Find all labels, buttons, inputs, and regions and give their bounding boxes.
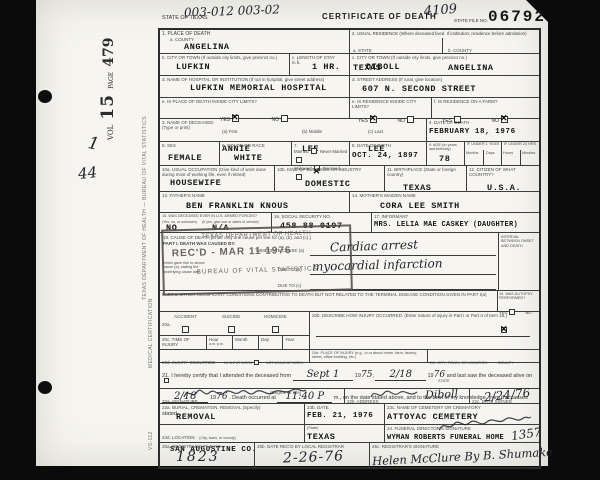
- industry-label: 10b. KIND OF BUSINESS OR INDUSTRY: [277, 167, 382, 172]
- address-script: [369, 385, 421, 403]
- autopsy-cell: 19. WAS AUTOPSY PERFORMED? YES NO: [498, 291, 539, 312]
- burial-date-value: FEB. 21, 1976: [307, 412, 382, 420]
- informant-cell: 17. INFORMANT MRS. LELIA MAE CASKEY (DAU…: [372, 213, 539, 233]
- vol-label: VOL: [107, 125, 115, 140]
- under-one-year-label: IF UNDER 1 YEAR: [465, 142, 501, 146]
- burial-type-cell: 23a. BURIAL, CREMATION, REMOVAL (Specify…: [160, 404, 305, 425]
- under-24-hours-label: IF UNDER 24 HRS.: [502, 142, 539, 146]
- citizen-cell: 12. CITIZEN OF WHAT COUNTRY? U.S.A.: [467, 166, 539, 192]
- father-name-label: 13. FATHER'S NAME: [162, 193, 347, 198]
- last-name-label: (c) Last: [368, 129, 383, 134]
- cemetery-label: 23c. NAME OF CEMETERY OR CREMATORY: [387, 405, 537, 410]
- checkbox-married: [311, 148, 317, 154]
- day-label: Day: [261, 337, 269, 342]
- side-text-form-code: VS-112: [148, 410, 154, 450]
- certificate-form: 1. PLACE OF DEATH a. COUNTY ANGELINA 2. …: [158, 28, 541, 469]
- date-of-death-label: 4. DATE OF DEATH: [429, 120, 537, 125]
- middle-name-label: (b) Middle: [302, 129, 322, 134]
- residence-city-limits-label: e. IS RESIDENCE INSIDE CITY LIMITS?: [352, 99, 429, 109]
- mother-name-value: CORA LEE SMITH: [380, 201, 537, 211]
- certify-text-4: on: [526, 373, 532, 379]
- state-file-no-label: STATE FILE NO.: [454, 18, 488, 23]
- usual-residence-cell: 2. USUAL RESIDENCE (Where deceased lived…: [350, 30, 539, 54]
- checkbox-never-married: [296, 157, 302, 163]
- burial-location-label: 23d. LOCATION: [162, 435, 195, 440]
- autopsy-label: 19. WAS AUTOPSY PERFORMED?: [499, 292, 538, 301]
- margin-handwritten-44: 44: [77, 163, 98, 183]
- city-of-death-cell: b. CITY OR TOWN (If outside city limits,…: [160, 54, 290, 76]
- occupation-cell: 10a. USUAL OCCUPATION (Give kind of work…: [160, 166, 275, 192]
- burial-type-value: REMOVAL: [176, 412, 302, 422]
- armed-forces-sub2: (If yes, give war or dates of service): [202, 220, 259, 224]
- divider: [206, 336, 207, 349]
- age-value: 78: [439, 154, 462, 164]
- city-of-death-label: b. CITY OR TOWN (If outside city limits,…: [162, 55, 287, 60]
- death-city-limits-label: e. IS PLACE OF DEATH INSIDE CITY LIMITS?: [162, 99, 347, 104]
- stamp-bureau-line: BUREAU OF VITAL STATISTICS: [164, 264, 350, 276]
- father-name-value: BEN FRANKLIN KNOUS: [186, 201, 347, 211]
- length-of-stay-value: 1 HR.: [312, 62, 341, 72]
- part2-cell: PART II. OTHER SIGNIFICANT CONDITIONS CO…: [160, 291, 498, 312]
- attended-to-handwritten: 2/18: [375, 369, 425, 381]
- age-cell: 9. AGE (In years last birthday) 78: [427, 142, 465, 166]
- name-of-deceased-cell: 3. NAME OF DECEASED (Type or print) (a) …: [160, 119, 427, 142]
- burial-location-sub: (City, town, or county): [199, 436, 236, 440]
- industry-value: DOMESTIC: [305, 179, 382, 189]
- divider: [232, 336, 233, 349]
- certify-text-3: and last saw the deceased alive: [447, 373, 525, 379]
- place-of-injury-cell: 20e. PLACE OF INJURY (e.g., in or about …: [310, 350, 428, 363]
- hours-label: Hours: [503, 151, 513, 155]
- burial-state-sub: (State): [307, 426, 382, 430]
- accident-label: ACCIDENT: [174, 314, 197, 319]
- minutes-label: Minutes: [522, 151, 535, 155]
- attended-from-handwritten: Sept 1: [293, 369, 354, 381]
- registrar-signature-handwritten: Helen McClure By B. Shumake: [372, 446, 538, 469]
- stamp-recd-label: REC'D -: [172, 247, 216, 259]
- residence-city-value: DIBOLL: [366, 62, 537, 72]
- date-signed-handwritten: 2/24/76: [483, 386, 530, 405]
- burial-state-value: TEXAS: [307, 432, 382, 442]
- divider: [442, 38, 443, 53]
- street-address-label: d. STREET ADDRESS (If rural, give locati…: [352, 77, 537, 82]
- burial-date-label: 23b. DATE: [307, 405, 382, 410]
- interval-column-divider: [498, 233, 499, 290]
- days-label: Days: [486, 151, 495, 155]
- hole-punch: [38, 90, 52, 103]
- accident-suicide-homicide-cell: 20a. ACCIDENT SUICIDE HOMICIDE: [160, 312, 310, 336]
- married-label: Married: [294, 149, 309, 154]
- side-text-department: TEXAS DEPARTMENT OF HEALTH — BUREAU OF V…: [142, 95, 148, 300]
- margin-handwritten-1: 1: [86, 133, 101, 155]
- page-label: PAGE: [108, 72, 115, 89]
- injury-occurred-cell: 20d. INJURY OCCURRED WHILE AT WORK NOT W…: [160, 350, 310, 363]
- registrar-date-handwritten: 2-26-76: [283, 448, 368, 467]
- marital-status-cell: 7. Married Never Married Widowed Divorce…: [292, 142, 350, 166]
- street-address-cell: d. STREET ADDRESS (If rural, give locati…: [350, 76, 539, 98]
- paper-sheet: VOL 15 PAGE 479 1 44 TEXAS DEPARTMENT OF…: [36, 0, 548, 466]
- hole-punch: [38, 381, 52, 394]
- county-of-death-value: ANGELINA: [184, 42, 347, 52]
- under-one-year-cell: IF UNDER 1 YEAR Months Days: [465, 142, 502, 166]
- divider: [258, 336, 259, 349]
- informant-label: 17. INFORMANT: [374, 214, 537, 219]
- burial-date-cell: 23b. DATE FEB. 21, 1976: [305, 404, 385, 425]
- certify-text-1: I hereby certify that I attended the dec…: [171, 373, 291, 379]
- certificate-title: CERTIFICATE OF DEATH: [322, 12, 437, 21]
- race-value: WHITE: [234, 153, 289, 163]
- registrar-date-cell: 25b. DATE REC'D BY LOCAL REGISTRAR 2-26-…: [255, 443, 370, 467]
- year-label: Year: [285, 337, 294, 342]
- suicide-label: SUICIDE: [222, 314, 240, 319]
- mother-name-cell: 14. MOTHER'S MAIDEN NAME CORA LEE SMITH: [350, 192, 539, 213]
- checkbox-accident: [182, 326, 189, 333]
- registrar-file-cell: 25a. REGISTRAR'S FILE NO. 1823: [160, 443, 255, 467]
- months-label: Months: [466, 151, 478, 155]
- interval-label: INTERVAL BETWEEN ONSET AND DEATH: [501, 235, 537, 248]
- registrar-signature-cell: 25c. REGISTRAR'S SIGNATURE Helen McClure…: [370, 443, 539, 467]
- hospital-cell: d. NAME OF HOSPITAL OR INSTITUTION (If n…: [160, 76, 350, 98]
- homicide-label: HOMICIDE: [264, 314, 287, 319]
- item-21-number: 21.: [162, 373, 170, 379]
- part2-label: PART II. OTHER SIGNIFICANT CONDITIONS CO…: [162, 292, 492, 297]
- checkbox-homicide: [272, 326, 279, 333]
- first-name-label: (a) First: [222, 129, 238, 134]
- physician-address-cell: 22b. ADDRESS Diboll: [345, 389, 470, 404]
- injury-location-cell: 20f. CITY, TOWN, OR LOCATION COUNTY STAT…: [428, 350, 539, 363]
- place-of-injury-label: 20e. PLACE OF INJURY (e.g., in or about …: [312, 351, 425, 360]
- race-cell: 6. COLOR OR RACE WHITE: [220, 142, 292, 166]
- never-married-label: Never Married: [320, 149, 347, 154]
- armed-forces-label: 15. WAS DECEASED EVER IN U.S. ARMED FORC…: [162, 214, 270, 218]
- name-sub-label: (Type or print): [162, 125, 214, 130]
- item-20a-number: 20a.: [162, 322, 171, 327]
- state-file-number: 06792: [488, 8, 546, 26]
- place-of-death-county-cell: 1. PLACE OF DEATH a. COUNTY ANGELINA: [160, 30, 350, 54]
- birthplace-cell: 11. BIRTHPLACE (State or foreign country…: [385, 166, 467, 192]
- blank-line: [316, 336, 530, 337]
- occupation-value: HOUSEWIFE: [170, 178, 272, 188]
- city-of-death-value: LUFKIN: [176, 62, 287, 72]
- death-city-limits-cell: e. IS PLACE OF DEATH INSIDE CITY LIMITS?…: [160, 98, 350, 119]
- attended-to-year: 76: [434, 370, 445, 380]
- residence-section-label: 2. USUAL RESIDENCE (Where deceased lived…: [352, 31, 537, 36]
- describe-injury-cell: 20b. DESCRIBE HOW INJURY OCCURRED. (Ente…: [310, 312, 539, 350]
- industry-cell: 10b. KIND OF BUSINESS OR INDUSTRY DOMEST…: [275, 166, 385, 192]
- date-of-death-cell: 4. DATE OF DEATH FEBRUARY 18, 1976: [427, 119, 539, 142]
- handwritten-cert-number: 4109: [424, 2, 458, 19]
- citizen-label: 12. CITIZEN OF WHAT COUNTRY?: [469, 167, 537, 177]
- funeral-director-cell: 24. FUNERAL DIRECTOR'S SIGNATURE WYMAN R…: [385, 425, 539, 443]
- cause-of-death-cell: 18. CAUSE OF DEATH [Enter only one cause…: [160, 233, 539, 291]
- burial-type-label: 23a. BURIAL, CREMATION, REMOVAL (Specify…: [162, 405, 302, 410]
- funeral-license-handwritten: 1357: [510, 425, 542, 443]
- residence-state-label: a. STATE: [353, 48, 372, 53]
- burial-state-cell: (State) TEXAS: [305, 425, 385, 443]
- father-name-cell: 13. FATHER'S NAME BEN FRANKLIN KNOUS: [160, 192, 350, 213]
- date-of-birth-label: 8. DATE OF BIRTH: [352, 143, 424, 148]
- time-of-injury-label: 20c. TIME OF INJURY: [162, 337, 202, 347]
- divider: [282, 336, 283, 349]
- street-address-value: 607 N. SECOND STREET: [362, 84, 537, 94]
- checkbox-suicide: [228, 326, 235, 333]
- residence-farm-label: f. IS RESIDENCE ON A FARM?: [434, 99, 537, 104]
- vol-number: 15: [98, 94, 118, 120]
- physician-signature-cell: 22a. SIGNATURE (Degree or title): [160, 389, 345, 404]
- length-of-stay-cell: c. LENGTH OF STAY in b. 1 HR.: [290, 54, 350, 76]
- race-label: 6. COLOR OR RACE: [222, 143, 289, 148]
- sex-label: 5. SEX: [162, 143, 217, 148]
- birthplace-label: 11. BIRTHPLACE (State or foreign country…: [387, 167, 464, 177]
- burial-location-cell: 23d. LOCATION (City, town, or county) SA…: [160, 425, 305, 443]
- divider: [483, 150, 484, 165]
- hospital-value: LUFKIN MEMORIAL HOSPITAL: [190, 83, 347, 93]
- divider: [520, 150, 521, 165]
- age-label: 9. AGE (In years last birthday): [429, 143, 462, 152]
- volume-page-stamp: VOL 15 PAGE 479: [98, 37, 118, 140]
- stamp-date: MAR 11 1976: [219, 245, 291, 258]
- month-label: Month: [235, 337, 248, 342]
- residence-city-limits-cell: e. IS RESIDENCE INSIDE CITY LIMITS? YES …: [350, 98, 432, 119]
- date-signed-cell: 22c. DATE SIGNED 2/24/76: [470, 389, 539, 404]
- date-of-birth-value: OCT. 24, 1897: [352, 152, 424, 160]
- side-text-medical-certification: MEDICAL CERTIFICATION: [148, 283, 154, 368]
- residence-farm-cell: f. IS RESIDENCE ON A FARM? YES NO: [432, 98, 539, 119]
- occupation-label: 10a. USUAL OCCUPATION (Give kind of work…: [162, 167, 272, 177]
- residence-city-label: c. CITY OR TOWN (If outside city limits,…: [352, 55, 537, 60]
- hospital-label: d. NAME OF HOSPITAL OR INSTITUTION (If n…: [162, 77, 344, 82]
- page-number: 479: [101, 37, 117, 66]
- address-handwritten: Diboll: [425, 387, 458, 401]
- ssn-label: 16. SOCIAL SECURITY NO.: [274, 214, 369, 219]
- received-stamp: TEXAS DEPARTMENT OF HEALTH REC'D - MAR 1…: [161, 224, 353, 295]
- scanned-death-certificate: VOL 15 PAGE 479 1 44 TEXAS DEPARTMENT OF…: [0, 0, 600, 480]
- ampm-label: a.m. p.m.: [209, 342, 229, 346]
- informant-value: MRS. LELIA MAE CASKEY (DAUGHTER): [374, 221, 537, 229]
- under-24-hours-cell: IF UNDER 24 HRS. Hours Minutes: [502, 142, 539, 166]
- certify-text-2: ,: [372, 373, 374, 379]
- describe-injury-label: 20b. DESCRIBE HOW INJURY OCCURRED. (Ente…: [312, 313, 537, 318]
- attended-from-year: 75: [361, 370, 372, 380]
- sex-cell: 5. SEX FEMALE: [160, 142, 220, 166]
- handwritten-codes: 003-012 003-02: [184, 2, 280, 19]
- mother-name-label: 14. MOTHER'S MAIDEN NAME: [352, 193, 537, 198]
- registrar-file-handwritten: 1823: [176, 449, 252, 465]
- date-of-birth-cell: 8. DATE OF BIRTH OCT. 24, 1897: [350, 142, 427, 166]
- stamp-department-line: TEXAS DEPARTMENT OF HEALTH: [163, 229, 349, 240]
- sex-value: FEMALE: [168, 153, 217, 163]
- residence-city-cell: c. CITY OR TOWN (If outside city limits,…: [350, 54, 539, 76]
- date-of-death-value: FEBRUARY 18, 1976: [429, 128, 537, 136]
- physician-signature-script: [180, 383, 310, 403]
- residence-county-label: b. COUNTY: [448, 48, 472, 53]
- time-of-injury-cell: 20c. TIME OF INJURY Hour a.m. p.m. Month…: [160, 336, 310, 350]
